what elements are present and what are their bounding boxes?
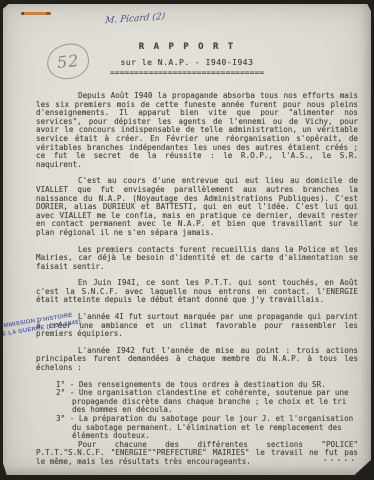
handwritten-note: M. Picard (2) (105, 8, 226, 26)
paragraph-6: L'année I942 fut l'année de mise au poin… (36, 347, 358, 373)
document-page: M. Picard (2) 52 R A P P O R T sur le N.… (3, 4, 371, 475)
closing-paragraph: Pour chacune des différentes sections "P… (36, 441, 358, 467)
paragraph-1: Depuis Août I940 la propagande absorba t… (36, 92, 358, 169)
end-dots: ..... (323, 454, 357, 463)
staple-rust-mark (21, 12, 51, 15)
paragraph-4: En Juin I94I, ce sont les P.T.T. qui son… (36, 279, 358, 305)
paragraph-5: L'année 4I fut surtout marquée par une p… (36, 313, 358, 339)
title-underline: ================================ (3, 68, 371, 77)
list-item-2: 2° - Une organisation clandestine et coh… (56, 389, 358, 415)
paragraph-2: C'est au cours d'une entrevue qui eut li… (36, 177, 358, 237)
report-subtitle: sur le N.A.P. - I940-I943 (3, 58, 371, 67)
paragraph-3: Les premiers contacts furent recueillis … (36, 246, 358, 272)
list-item-3: 3° - La préparation du sabotage pour le … (56, 415, 358, 441)
report-body: Depuis Août I940 la propagande absorba t… (36, 92, 358, 475)
report-title: R A P P O R T (3, 42, 371, 52)
scan-background: { "annotations": { "handwritten_note": "… (0, 0, 374, 480)
